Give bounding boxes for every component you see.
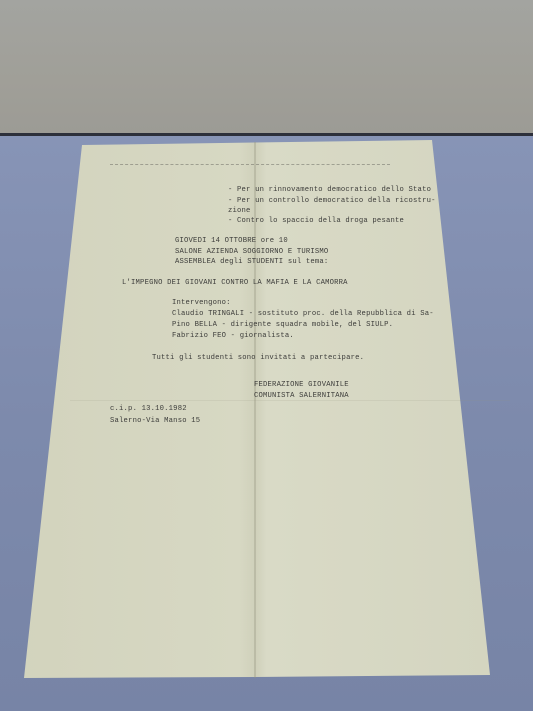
flyer-title: L'IMPEGNO DEI GIOVANI CONTRO LA MAFIA E … — [122, 279, 348, 287]
event-date: GIOVEDI 14 OTTOBRE ore 10 — [175, 237, 288, 245]
speaker-3: Fabrizio FEO - giornalista. — [172, 332, 294, 340]
bullet-1: - Per un rinnovamento democratico dello … — [228, 186, 431, 194]
background-wall — [0, 0, 533, 134]
invitation-text: Tutti gli studenti sono invitati a parte… — [152, 354, 364, 362]
event-venue: SALONE AZIENDA SOGGIORNO E TURISMO — [175, 248, 328, 256]
horizontal-crease — [70, 400, 510, 401]
bullet-2-cont: zione — [228, 207, 251, 215]
signature-line-1: FEDERAZIONE GIOVANILE — [254, 381, 349, 389]
speakers-heading: Intervengono: — [172, 299, 231, 307]
bullet-2: - Per un controllo democratico della ric… — [228, 197, 436, 205]
print-info: c.i.p. 13.10.1982 — [110, 405, 187, 413]
signature-line-2: COMUNISTA SALERNITANA — [254, 392, 349, 400]
speaker-1: Claudio TRINGALI - sostituto proc. della… — [172, 310, 434, 318]
bullet-3: - Contro lo spaccio della droga pesante — [228, 217, 404, 225]
address: Salerno-Via Manso 15 — [110, 417, 200, 425]
speaker-2: Pino BELLA - dirigente squadra mobile, d… — [172, 321, 393, 329]
faint-top-mark — [110, 164, 390, 166]
event-topic-intro: ASSEMBLEA degli STUDENTI sul tema: — [175, 258, 328, 266]
